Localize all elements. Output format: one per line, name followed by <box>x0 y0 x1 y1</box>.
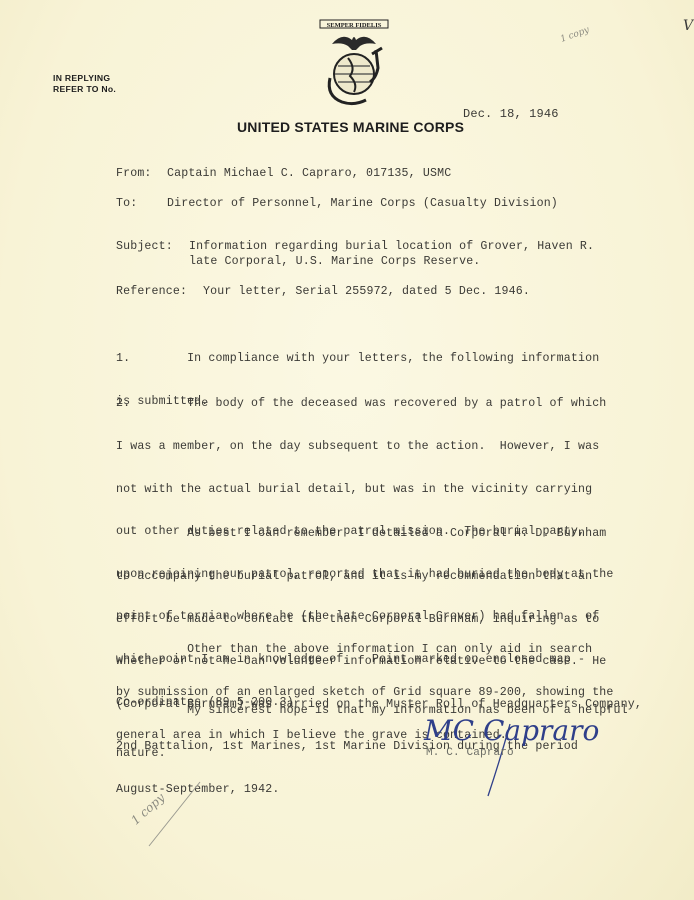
annotation-underline <box>145 780 205 850</box>
reference-label: Reference: <box>116 285 187 299</box>
reference-value: Your letter, Serial 255972, dated 5 Dec.… <box>203 285 530 299</box>
eagle-globe-anchor-icon: SEMPER FIDELIS <box>316 18 392 108</box>
from-label: From: <box>116 167 152 181</box>
emblem-banner: SEMPER FIDELIS <box>327 22 382 29</box>
to-label: To: <box>116 197 137 211</box>
letter-page: IN REPLYING REFER TO No. SEMPER FIDELIS … <box>0 0 694 900</box>
subject-label: Subject: <box>116 240 173 254</box>
typed-signature: M. C. Capraro <box>426 746 514 760</box>
from-value: Captain Michael C. Capraro, 017135, USMC <box>167 167 451 181</box>
paragraph-line: 2. The body of the deceased was recovere… <box>116 397 614 411</box>
copy-annotation-top: 1 copy <box>559 25 591 45</box>
reply-reference-block: IN REPLYING REFER TO No. <box>53 73 116 95</box>
letter-date: Dec. 18, 1946 <box>463 107 559 121</box>
paragraph-line: 1. In compliance with your letters, the … <box>116 352 599 366</box>
subject-line-2: late Corporal, U.S. Marine Corps Reserve… <box>189 255 480 269</box>
reply-line-1: IN REPLYING <box>53 73 116 84</box>
check-mark-annotation: V <box>683 18 693 34</box>
paragraph-line: Other than the above information I can o… <box>116 643 614 657</box>
paragraph-line: to accompany the burial patrol, and it i… <box>116 570 642 584</box>
organization-name: UNITED STATES MARINE CORPS <box>237 119 464 135</box>
paragraph-line: not with the actual burial detail, but w… <box>116 483 614 497</box>
paragraph-line: nature. <box>116 747 628 761</box>
reply-line-2: REFER TO No. <box>53 84 116 95</box>
to-value: Director of Personnel, Marine Corps (Cas… <box>167 197 558 211</box>
subject-line-1: Information regarding burial location of… <box>189 240 594 254</box>
paragraph-line: I was a member, on the day subsequent to… <box>116 440 614 454</box>
paragraph-line: As best I can remember I detailed a Corp… <box>116 527 642 541</box>
